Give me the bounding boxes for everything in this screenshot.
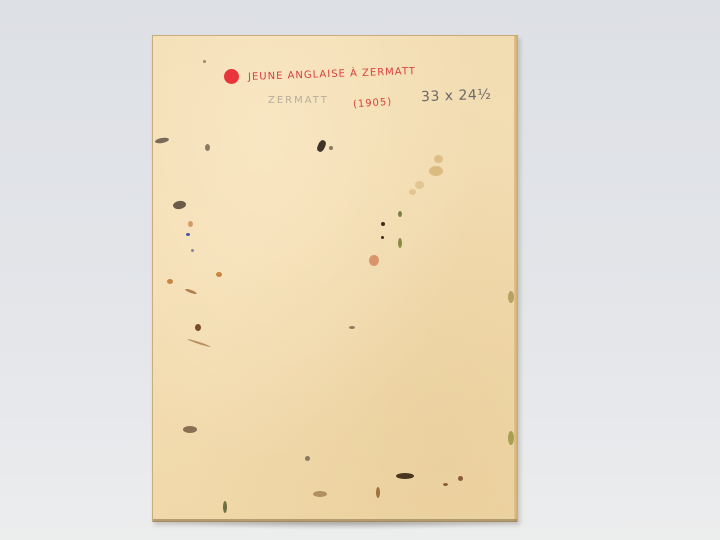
stain xyxy=(434,155,443,163)
paint-speck xyxy=(203,60,206,63)
paint-speck xyxy=(398,211,402,217)
paint-speck xyxy=(183,426,197,433)
paint-speck xyxy=(313,491,327,497)
paint-speck xyxy=(195,324,201,331)
paint-speck xyxy=(376,487,380,498)
paint-speck xyxy=(508,431,514,445)
stain xyxy=(369,255,379,266)
board-back-panel: JEUNE ANGLAISE À ZERMATT ZERMATT (1905) … xyxy=(152,35,518,522)
paint-speck xyxy=(316,139,327,153)
paint-speck xyxy=(187,338,210,347)
paint-speck xyxy=(216,272,222,277)
paint-speck xyxy=(381,222,385,226)
paint-speck xyxy=(443,483,448,486)
paint-speck xyxy=(223,501,227,513)
inscription-dimensions: 33 x 24½ xyxy=(421,87,492,105)
paint-speck xyxy=(188,221,193,227)
paint-speck xyxy=(329,146,333,150)
stain xyxy=(409,189,416,195)
paint-speck xyxy=(349,326,355,329)
paint-speck xyxy=(185,288,197,295)
paint-speck xyxy=(396,473,414,479)
paint-speck xyxy=(305,456,310,461)
paint-speck xyxy=(173,200,187,210)
paint-speck xyxy=(167,279,173,284)
red-dot-icon xyxy=(224,69,239,84)
paint-speck xyxy=(381,236,384,239)
paint-speck xyxy=(191,249,194,252)
stain xyxy=(429,166,443,176)
paint-speck xyxy=(508,291,514,303)
inscription-date: (1905) xyxy=(353,97,393,111)
paint-speck xyxy=(458,476,463,481)
paint-speck xyxy=(155,137,170,144)
board-bottom-edge xyxy=(153,519,517,522)
paint-speck xyxy=(398,238,402,248)
paint-speck xyxy=(205,144,210,151)
inscription-location: ZERMATT xyxy=(268,95,329,106)
inscription-title: JEUNE ANGLAISE À ZERMATT xyxy=(248,66,416,83)
paint-speck xyxy=(186,233,190,236)
board-right-edge xyxy=(514,36,518,521)
stain xyxy=(415,181,424,189)
